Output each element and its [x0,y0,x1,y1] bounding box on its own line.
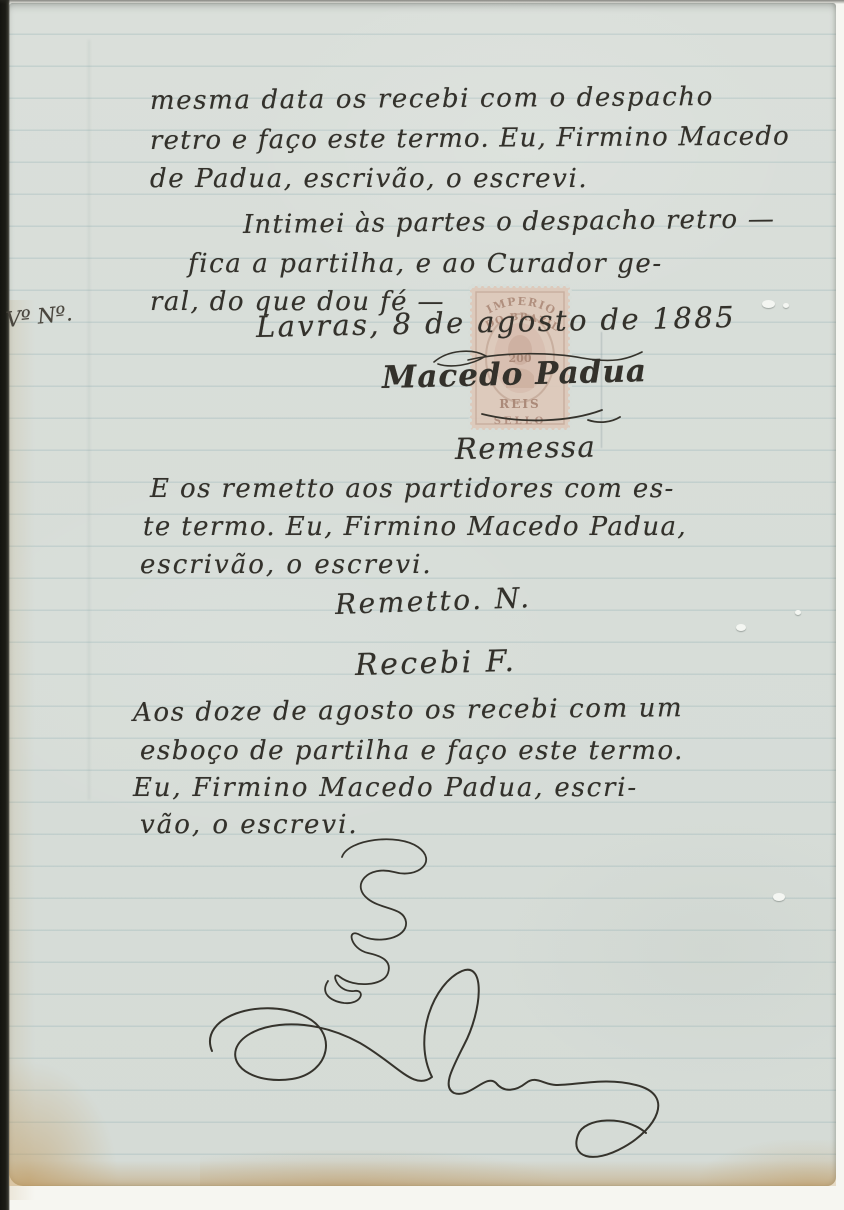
paper-speck [762,300,775,308]
scan-edge-top [0,0,844,4]
paper-speck [773,893,785,901]
handwritten-line: Intimei às partes o despacho retro — [243,204,775,240]
handwritten-line: Aos doze de agosto os recebi com um [133,693,684,728]
paper-speck [736,624,746,631]
handwritten-line: escrivão, o escrevi. [140,550,433,580]
paraph-flourish [190,825,680,1175]
handwritten-line: retro e faço este termo. Eu, Firmino Mac… [150,122,790,156]
paper-speck [783,303,789,308]
section-heading-remetto: Remetto. N. [334,581,532,621]
paper-speck [795,610,801,615]
handwritten-line: mesma data os recebi com o despacho [150,82,714,116]
handwritten-line: Eu, Firmino Macedo Padua, escri- [133,773,638,803]
handwritten-line: de Padua, escrivão, o escrevi. [150,164,588,194]
section-heading-remessa: Remessa [455,430,597,466]
paper-fold-faint [88,40,90,800]
section-heading-recebi: Recebi F. [355,644,517,683]
handwritten-line: esboço de partilha e faço este termo. [140,736,684,766]
scanned-document: { "document": { "margin_note": "Vº Nº.",… [0,0,844,1210]
signature: Macedo Padua [382,353,648,396]
handwritten-line: te termo. Eu, Firmino Macedo Padua, [143,512,687,542]
handwritten-line: fica a partilha, e ao Curador ge- [188,249,663,279]
handwritten-line: E os remetto aos partidores com es- [150,474,675,504]
scan-edge-left [0,0,10,1210]
